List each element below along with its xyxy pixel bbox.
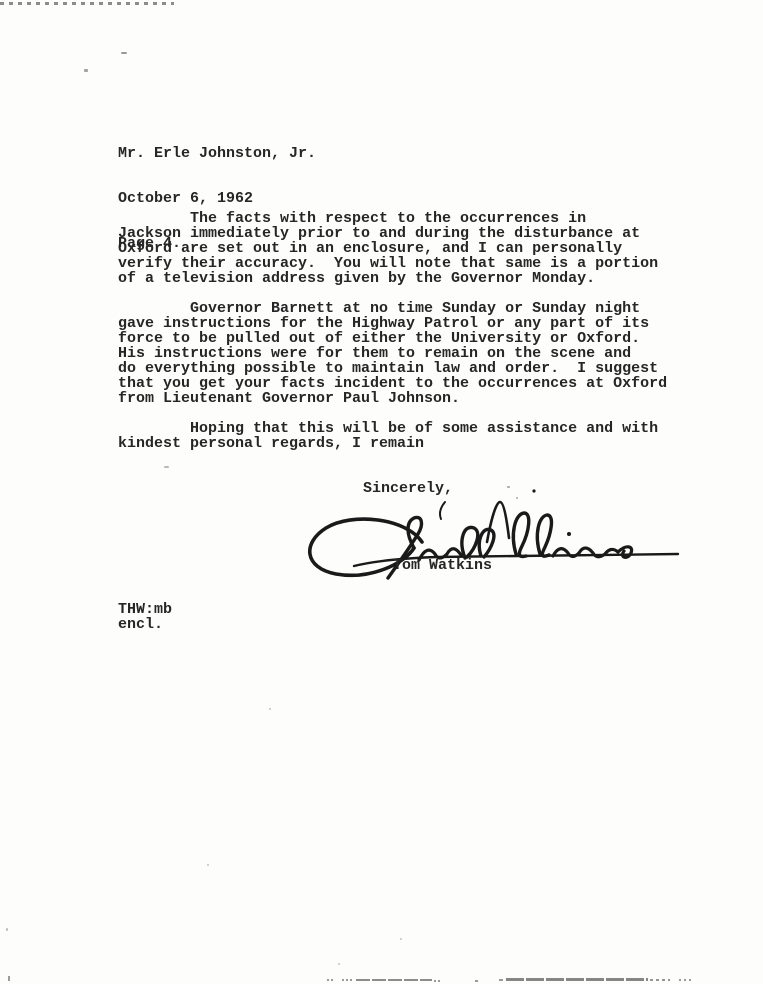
scan-speck <box>84 69 88 72</box>
scan-artifact-bottom-dot <box>499 979 503 981</box>
letter-page: Mr. Erle Johnston, Jr. October 6, 1962 P… <box>0 0 763 984</box>
signature-stroke <box>513 513 528 557</box>
scan-speck <box>207 864 209 866</box>
paragraph-2: Governor Barnett at no time Sunday or Su… <box>118 301 667 406</box>
scan-speck <box>269 708 271 710</box>
letter-date: October 6, 1962 <box>118 191 316 206</box>
signature-stroke <box>462 527 478 558</box>
scan-artifact-bottom-line <box>506 978 648 981</box>
scan-artifact-bottom-dashes <box>327 979 335 981</box>
signature-stroke <box>440 502 445 519</box>
scan-speck <box>400 938 402 940</box>
enclosure-notation: encl. <box>118 617 163 632</box>
scan-artifact-top-dashes <box>0 2 174 5</box>
signature-i-dot <box>567 532 571 536</box>
scan-artifact-bottom-dashes <box>434 980 442 982</box>
scan-speck <box>164 466 169 468</box>
scan-speck <box>338 963 340 965</box>
signature-i-dot <box>532 489 535 492</box>
signature-stroke <box>537 515 551 556</box>
typed-signature-name: Tom Watkins <box>393 558 492 573</box>
scan-speck <box>121 52 127 54</box>
scan-artifact-bottom-dashes <box>342 979 354 981</box>
recipient-name: Mr. Erle Johnston, Jr. <box>118 146 316 161</box>
scan-artifact-bottom-tick <box>8 976 10 981</box>
scan-artifact-bottom-dashes <box>679 979 691 981</box>
scan-speck <box>6 928 8 931</box>
scan-artifact-bottom-line <box>356 979 432 981</box>
scan-artifact-bottom-dashes <box>650 979 670 981</box>
paragraph-3: Hoping that this will be of some assista… <box>118 421 658 451</box>
paragraph-1: The facts with respect to the occurrence… <box>118 211 658 286</box>
scan-artifact-bottom-dot <box>475 980 478 982</box>
typist-initials: THW:mb <box>118 602 172 617</box>
handwritten-signature <box>288 486 700 592</box>
signature-stroke <box>487 502 509 542</box>
